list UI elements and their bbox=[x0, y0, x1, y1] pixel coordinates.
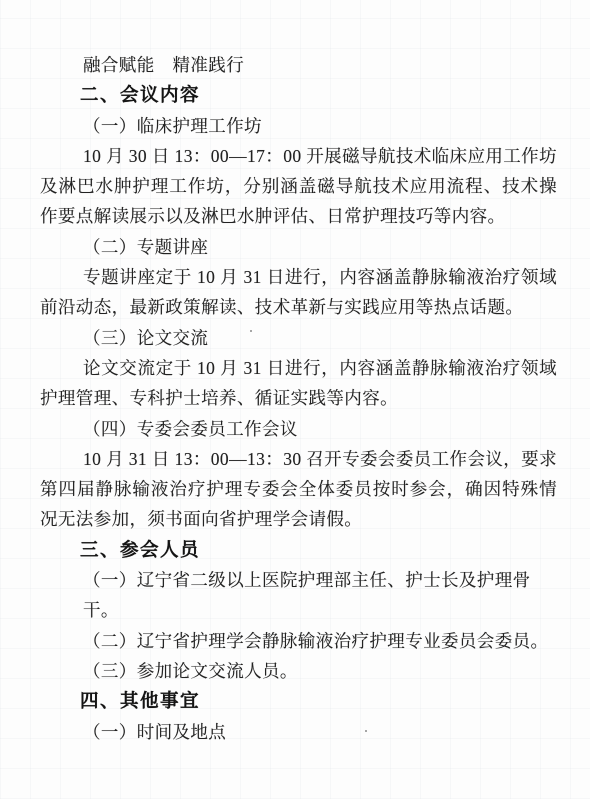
scanned-document-page: 融合赋能 精准践行 二、会议内容 （一）临床护理工作坊 10 月 30 日 13… bbox=[0, 0, 590, 799]
participants-item-1: （一）辽宁省二级以上医院护理部主任、护士长及护理骨干。 bbox=[40, 565, 557, 626]
paragraph-workshop-details: 10 月 30 日 13：00—17：00 开展磁导航技术临床应用工作坊及淋巴水… bbox=[40, 141, 557, 232]
slogan-line: 融合赋能 精准践行 bbox=[40, 50, 557, 80]
section-heading-participants: 三、参会人员 bbox=[40, 535, 557, 565]
scan-speckle bbox=[365, 730, 367, 732]
subsection-title-clinical-workshop: （一）临床护理工作坊 bbox=[40, 111, 557, 141]
paragraph-committee-meeting-details: 10 月 31 日 13：00—13：30 召开专委会委员工作会议，要求第四届静… bbox=[40, 444, 557, 535]
subsection-title-time-and-place: （一）时间及地点 bbox=[40, 717, 557, 747]
subsection-title-lecture: （二）专题讲座 bbox=[40, 232, 557, 262]
participants-item-2: （二）辽宁省护理学会静脉输液治疗护理专业委员会委员。 bbox=[40, 626, 557, 656]
paragraph-lecture-details: 专题讲座定于 10 月 31 日进行，内容涵盖静脉输液治疗领域前沿动态，最新政策… bbox=[40, 262, 557, 323]
section-heading-meeting-content: 二、会议内容 bbox=[40, 80, 557, 110]
subsection-title-committee-meeting: （四）专委会委员工作会议 bbox=[40, 414, 557, 444]
participants-item-3: （三）参加论文交流人员。 bbox=[40, 656, 557, 686]
paragraph-paper-exchange-details: 论文交流定于 10 月 31 日进行，内容涵盖静脉输液治疗领域护理管理、专科护士… bbox=[40, 353, 557, 414]
document-body: 融合赋能 精准践行 二、会议内容 （一）临床护理工作坊 10 月 30 日 13… bbox=[40, 50, 557, 747]
scan-speckle bbox=[250, 330, 252, 332]
section-heading-other-matters: 四、其他事宜 bbox=[40, 686, 557, 716]
subsection-title-paper-exchange: （三）论文交流 bbox=[40, 323, 557, 353]
